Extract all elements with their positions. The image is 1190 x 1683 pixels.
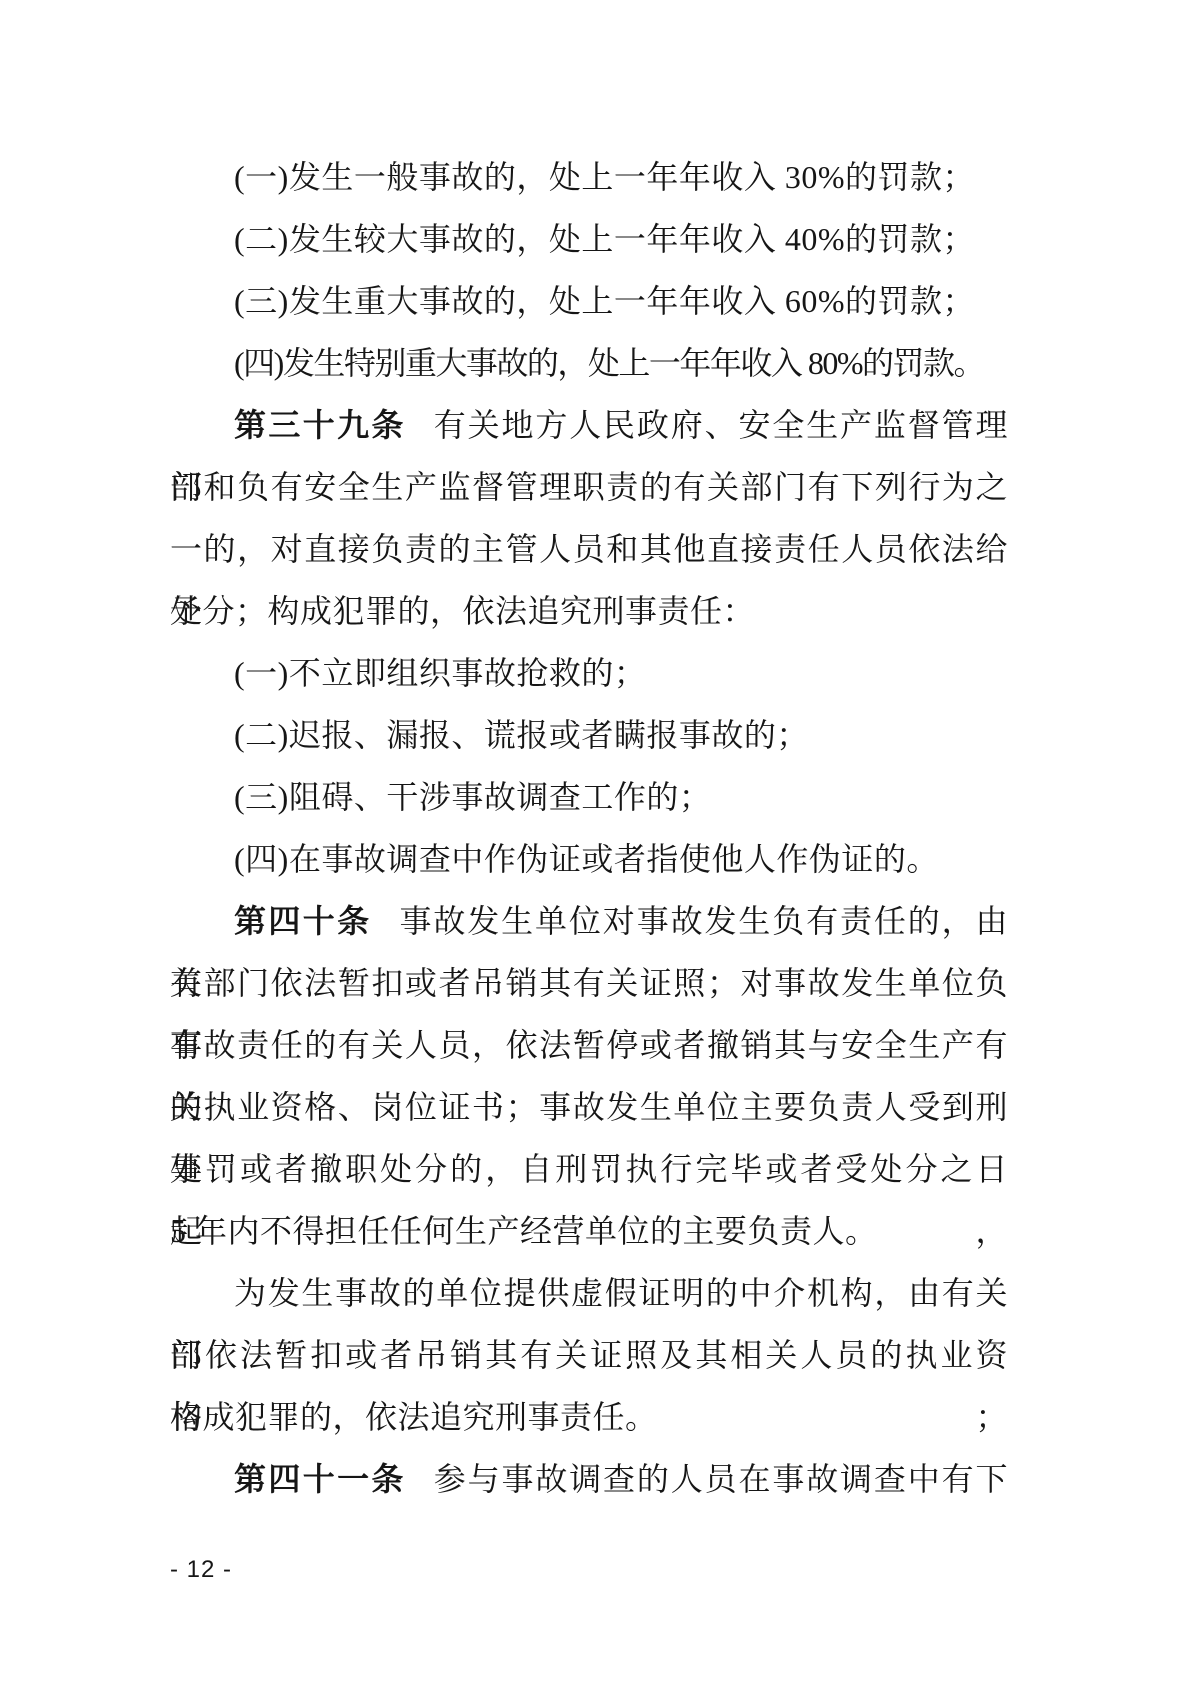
document-page: (一)发生一般事故的，处上一年年收入 30%的罚款； (二)发生较大事故的，处上… <box>0 0 1190 1683</box>
body-text: 5 年内不得担任任何生产经营单位的主要负责人。 <box>170 1213 878 1249</box>
article-39-heading-line: 第三十九条有关地方人民政府、安全生产监督管理部 <box>170 394 1008 456</box>
clause-text: (四)发生特别重大事故的，处上一年年收入 80%的罚款。 <box>234 345 984 381</box>
clause-item-1: (一)不立即组织事故抢救的； <box>170 642 1008 704</box>
article-number: 第四十一条 <box>234 1461 406 1497</box>
paragraph-start-line: 为发生事故的单位提供虚假证明的中介机构，由有关部 <box>170 1262 1008 1324</box>
clause-text: (四)在事故调查中作伪证或者指使他人作伪证的。 <box>234 841 939 877</box>
clause-item-2: (二)发生较大事故的，处上一年年收入 40%的罚款； <box>170 208 1008 270</box>
article-40-heading-line: 第四十条事故发生单位对事故发生负有责任的，由有 <box>170 890 1008 952</box>
page-number: - 12 - <box>170 1556 232 1584</box>
clause-text: (三)发生重大事故的，处上一年年收入 60%的罚款； <box>234 283 975 319</box>
body-line: 处分；构成犯罪的，依法追究刑事责任： <box>170 580 1008 642</box>
body-line: 事故责任的有关人员，依法暂停或者撤销其与安全生产有关 <box>170 1014 1008 1076</box>
body-line: 关部门依法暂扣或者吊销其有关证照；对事故发生单位负有 <box>170 952 1008 1014</box>
clause-item-4: (四)发生特别重大事故的，处上一年年收入 80%的罚款。 <box>170 332 1008 394</box>
article-number: 第四十条 <box>234 903 372 939</box>
body-text: 处分；构成犯罪的，依法追究刑事责任： <box>170 593 755 629</box>
clause-text: (二)迟报、漏报、谎报或者瞒报事故的； <box>234 717 809 753</box>
article-41-heading-line: 第四十一条参与事故调查的人员在事故调查中有下 <box>170 1448 1008 1510</box>
clause-item-3: (三)发生重大事故的，处上一年年收入 60%的罚款； <box>170 270 1008 332</box>
clause-item-4: (四)在事故调查中作伪证或者指使他人作伪证的。 <box>170 828 1008 890</box>
clause-item-3: (三)阻碍、干涉事故调查工作的； <box>170 766 1008 828</box>
clause-text: (二)发生较大事故的，处上一年年收入 40%的罚款； <box>234 221 975 257</box>
clause-item-1: (一)发生一般事故的，处上一年年收入 30%的罚款； <box>170 146 1008 208</box>
body-line: 门和负有安全生产监督管理职责的有关部门有下列行为之 <box>170 456 1008 518</box>
clause-text: (一)发生一般事故的，处上一年年收入 30%的罚款； <box>234 159 975 195</box>
body-text: 构成犯罪的，依法追究刑事责任。 <box>170 1399 658 1435</box>
article-number: 第三十九条 <box>234 407 406 443</box>
body-text: 参与事故调查的人员在事故调查中有下 <box>434 1461 1008 1497</box>
clause-text: (三)阻碍、干涉事故调查工作的； <box>234 779 711 815</box>
body-line: 的执业资格、岗位证书；事故发生单位主要负责人受到刑事 <box>170 1076 1008 1138</box>
body-text: 门和负有安全生产监督管理职责的有关部门有下列行为之 <box>170 469 1008 505</box>
body-line: 门依法暂扣或者吊销其有关证照及其相关人员的执业资格； <box>170 1324 1008 1386</box>
body-line: 一的，对直接负责的主管人员和其他直接责任人员依法给予 <box>170 518 1008 580</box>
body-line: 处罚或者撤职处分的，自刑罚执行完毕或者受处分之日起， <box>170 1138 1008 1200</box>
clause-item-2: (二)迟报、漏报、谎报或者瞒报事故的； <box>170 704 1008 766</box>
document-body: (一)发生一般事故的，处上一年年收入 30%的罚款； (二)发生较大事故的，处上… <box>170 146 1008 1510</box>
clause-text: (一)不立即组织事故抢救的； <box>234 655 646 691</box>
